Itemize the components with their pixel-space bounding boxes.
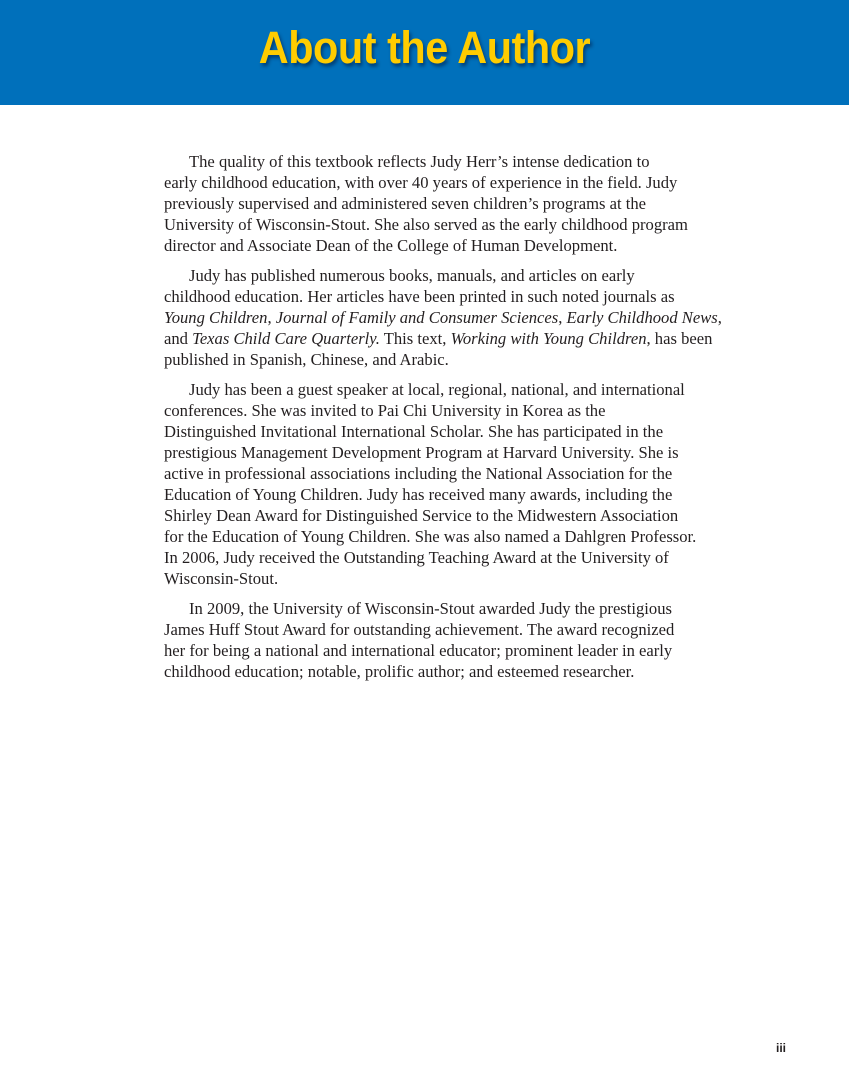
journal-title: Early Childhood News bbox=[567, 308, 718, 327]
text-line: Wisconsin-Stout. bbox=[164, 568, 719, 589]
text-line: In 2009, the University of Wisconsin-Sto… bbox=[164, 598, 719, 619]
bio-paragraph-1: The quality of this textbook reflects Ju… bbox=[164, 151, 719, 256]
text-line: for the Education of Young Children. She… bbox=[164, 526, 719, 547]
text-line: James Huff Stout Award for outstanding a… bbox=[164, 619, 719, 640]
author-bio: The quality of this textbook reflects Ju… bbox=[164, 151, 719, 691]
page-number: iii bbox=[776, 1041, 786, 1055]
text-line: childhood education; notable, prolific a… bbox=[164, 661, 719, 682]
text-line: Young Children, Journal of Family and Co… bbox=[164, 307, 719, 328]
bio-paragraph-4: In 2009, the University of Wisconsin-Sto… bbox=[164, 598, 719, 682]
text-line: Distinguished Invitational International… bbox=[164, 421, 719, 442]
bio-paragraph-3: Judy has been a guest speaker at local, … bbox=[164, 379, 719, 589]
journal-title: Journal of Family and Consumer Sciences bbox=[276, 308, 559, 327]
page-title: About the Author bbox=[34, 22, 815, 74]
journal-title: Texas Child Care Quarterly. bbox=[192, 329, 380, 348]
text-line: early childhood education, with over 40 … bbox=[164, 172, 719, 193]
text-line: and Texas Child Care Quarterly. This tex… bbox=[164, 328, 719, 349]
text-line: her for being a national and internation… bbox=[164, 640, 719, 661]
text-line: conferences. She was invited to Pai Chi … bbox=[164, 400, 719, 421]
page-header-banner: About the Author bbox=[0, 0, 849, 105]
text-line: University of Wisconsin-Stout. She also … bbox=[164, 214, 719, 235]
book-title: Working with Young Children bbox=[451, 329, 647, 348]
text-line: Judy has been a guest speaker at local, … bbox=[164, 379, 719, 400]
text-line: director and Associate Dean of the Colle… bbox=[164, 235, 719, 256]
journal-title: Young Children bbox=[164, 308, 267, 327]
text-line: The quality of this textbook reflects Ju… bbox=[164, 151, 719, 172]
text-line: previously supervised and administered s… bbox=[164, 193, 719, 214]
text-line: Education of Young Children. Judy has re… bbox=[164, 484, 719, 505]
text-line: Shirley Dean Award for Distinguished Ser… bbox=[164, 505, 719, 526]
text-line: childhood education. Her articles have b… bbox=[164, 286, 719, 307]
text-line: In 2006, Judy received the Outstanding T… bbox=[164, 547, 719, 568]
bio-paragraph-2: Judy has published numerous books, manua… bbox=[164, 265, 719, 370]
text-line: published in Spanish, Chinese, and Arabi… bbox=[164, 349, 719, 370]
text-line: Judy has published numerous books, manua… bbox=[164, 265, 719, 286]
text-line: prestigious Management Development Progr… bbox=[164, 442, 719, 463]
text-line: active in professional associations incl… bbox=[164, 463, 719, 484]
